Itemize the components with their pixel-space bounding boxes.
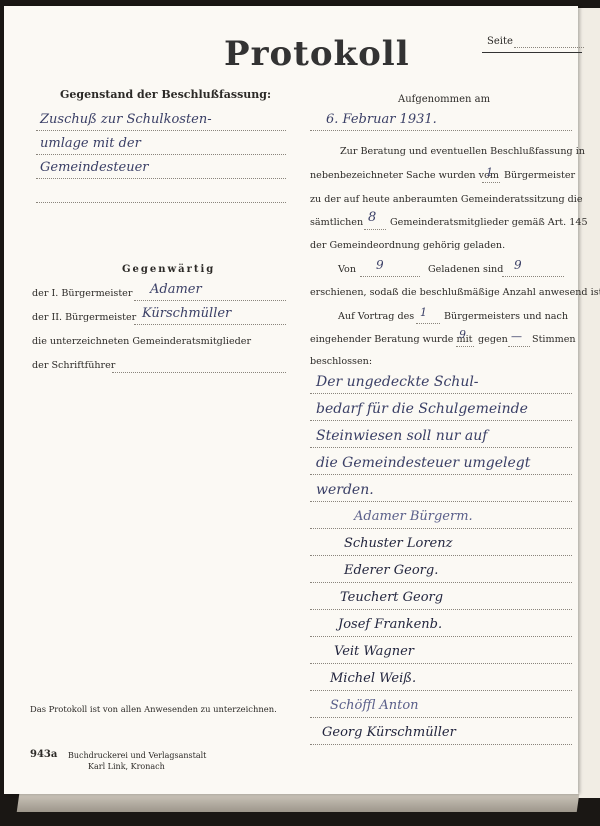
signature-line — [310, 528, 572, 529]
subject-text: Gemeindesteuer — [40, 160, 149, 175]
protocol-page: Seite Protokoll Gegenstand der Beschlußf… — [4, 6, 578, 794]
signature: Michel Weiß. — [330, 671, 416, 686]
page-title: Protokoll — [224, 34, 410, 74]
present-count: 9 — [514, 258, 522, 272]
signature-line — [310, 663, 572, 664]
council-label: die unterzeichneten Gemeinderatsmitglied… — [32, 336, 251, 347]
signature: Teuchert Georg — [340, 590, 443, 605]
para2-mid: Geladenen sind — [428, 264, 503, 275]
underlying-pages-edge — [17, 794, 580, 812]
resolution-text: die Gemeindesteuer umgelegt — [316, 455, 530, 471]
signature-line — [310, 609, 572, 610]
secretary-line — [112, 372, 286, 373]
signature: Josef Frankenb. — [338, 617, 442, 632]
second-mayor-label: der II. Bürgermeister — [32, 312, 136, 323]
first-mayor-label: der I. Bürgermeister — [32, 288, 132, 299]
para1-line2a: nebenbezeichneter Sache wurden vom — [310, 170, 499, 181]
para1-line1: Zur Beratung und eventuellen Beschlußfas… — [340, 146, 585, 157]
signature-line — [310, 555, 572, 556]
header-rule — [482, 52, 582, 53]
footer-note: Das Protokoll ist von allen Anwesenden z… — [30, 704, 277, 714]
para1-line4a: sämtlichen — [310, 217, 363, 228]
signature-line — [310, 717, 572, 718]
votes-for: 9 — [459, 328, 466, 341]
members-count: 8 — [368, 210, 376, 225]
second-mayor-line — [134, 324, 286, 325]
para1-line5: der Gemeindeordnung gehörig geladen. — [310, 240, 505, 251]
resolution-line — [310, 501, 572, 502]
invited-count: 9 — [376, 258, 384, 272]
para3-line2a: eingehender Beratung wurde mit — [310, 334, 473, 345]
subject-line — [36, 202, 286, 203]
votes-against-line — [508, 346, 530, 347]
para3-mayor-line — [416, 323, 440, 324]
votes-for-line — [456, 346, 474, 347]
signature-line — [310, 582, 572, 583]
para3-line3: beschlossen: — [310, 356, 372, 367]
recorded-date-line — [310, 130, 572, 131]
para3-gegen: gegen — [478, 334, 508, 345]
printer-line-2: Karl Link, Kronach — [88, 762, 165, 771]
para1-line4b: Gemeinderatsmitglieder gemäß Art. 145 — [390, 217, 588, 228]
present-heading: Gegenwärtig — [122, 264, 215, 275]
para2-von: Von — [338, 264, 356, 275]
subject-text: umlage mit der — [40, 136, 141, 151]
second-mayor-value: Kürschmüller — [142, 306, 231, 321]
resolution-line — [310, 447, 572, 448]
resolution-text: Der ungedeckte Schul- — [316, 374, 479, 390]
votes-against: — — [511, 330, 522, 343]
present-count-line — [502, 276, 564, 277]
resolution-line — [310, 420, 572, 421]
subject-line — [36, 178, 286, 179]
subject-line — [36, 130, 286, 131]
signature: Schuster Lorenz — [344, 536, 452, 551]
signature: Adamer Bürgerm. — [354, 509, 473, 524]
page-number-field — [514, 47, 584, 48]
printer-line-1: Buchdruckerei und Verlagsanstalt — [68, 751, 206, 760]
para3-mayor: 1 — [420, 306, 427, 319]
signature: Georg Kürschmüller — [322, 725, 456, 740]
signature-line — [310, 636, 572, 637]
subject-text: Zuschuß zur Schulkosten- — [40, 112, 212, 127]
mayor-count: 1 — [486, 166, 493, 179]
recorded-date: 6. Februar 1931. — [326, 112, 437, 127]
para1-line2b: Bürgermeister — [504, 170, 575, 181]
para3-stimmen: Stimmen — [532, 334, 576, 345]
subject-line — [36, 154, 286, 155]
signature: Ederer Georg. — [344, 563, 438, 578]
signature: Schöffl Anton — [330, 698, 419, 713]
recorded-label: Aufgenommen am — [398, 94, 490, 105]
signature-line — [310, 744, 572, 745]
subject-heading: Gegenstand der Beschlußfassung: — [60, 88, 271, 101]
first-mayor-line — [134, 300, 286, 301]
resolution-text: werden. — [316, 482, 374, 498]
signature: Veit Wagner — [334, 644, 414, 659]
invited-count-line — [360, 276, 420, 277]
secretary-label: der Schriftführer — [32, 360, 115, 371]
page-label: Seite — [487, 36, 513, 47]
resolution-text: Steinwiesen soll nur auf — [316, 428, 487, 444]
resolution-line — [310, 474, 572, 475]
signature-line — [310, 690, 572, 691]
resolution-line — [310, 393, 572, 394]
first-mayor-value: Adamer — [150, 282, 202, 297]
members-count-line — [364, 229, 386, 230]
mayor-count-line — [482, 182, 500, 183]
para1-line3: zu der auf heute anberaumten Gemeinderat… — [310, 194, 583, 205]
para3-line1a: Auf Vortrag des — [338, 311, 414, 322]
para3-line1b: Bürgermeisters und nach — [444, 311, 568, 322]
para2-line2: erschienen, sodaß die beschlußmäßige Anz… — [310, 287, 600, 298]
resolution-text: bedarf für die Schulgemeinde — [316, 401, 528, 417]
form-number: 943a — [30, 749, 57, 760]
